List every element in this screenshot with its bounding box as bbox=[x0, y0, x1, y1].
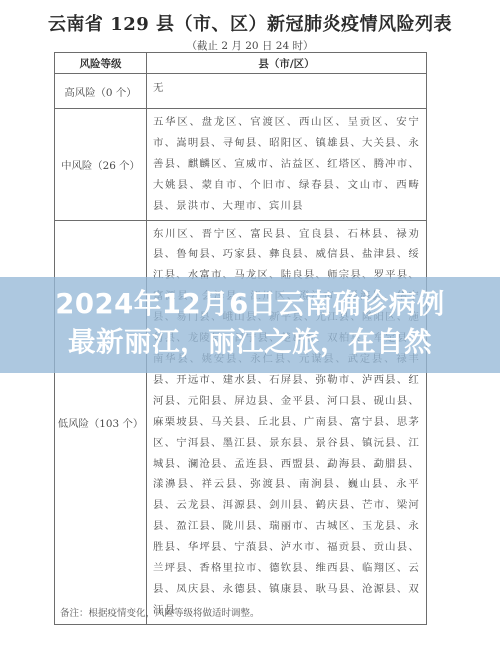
risk-level-medium: 中风险（26 个） bbox=[55, 109, 147, 221]
table-row-medium-risk: 中风险（26 个） 五华区、盘龙区、官渡区、西山区、呈贡区、安宁市、嵩明县、寻甸… bbox=[55, 109, 427, 221]
document-title: 云南省 129 县（市、区）新冠肺炎疫情风险列表 bbox=[0, 10, 500, 36]
header-counties: 县（市/区） bbox=[147, 53, 427, 74]
table-row-high-risk: 高风险（0 个） 无 bbox=[55, 74, 427, 109]
headline-line-1: 2024年12月6日云南确诊病例 bbox=[0, 285, 500, 323]
headline-line-2: 最新丽江，丽江之旅，在自然 bbox=[0, 323, 500, 361]
risk-level-high: 高风险（0 个） bbox=[55, 74, 147, 109]
document-subtitle: （截止 2 月 20 日 24 时） bbox=[0, 38, 500, 53]
county-list-medium: 五华区、盘龙区、官渡区、西山区、呈贡区、安宁市、嵩明县、寻甸县、昭阳区、镇雄县、… bbox=[147, 109, 427, 221]
table-header-row: 风险等级 县（市/区） bbox=[55, 53, 427, 74]
county-list-high: 无 bbox=[147, 74, 427, 109]
header-risk-level: 风险等级 bbox=[55, 53, 147, 74]
table-footnote: 备注：根据疫情变化，风险等级将做适时调整。 bbox=[60, 605, 260, 619]
headline-text: 2024年12月6日云南确诊病例 最新丽江，丽江之旅，在自然 bbox=[0, 285, 500, 361]
